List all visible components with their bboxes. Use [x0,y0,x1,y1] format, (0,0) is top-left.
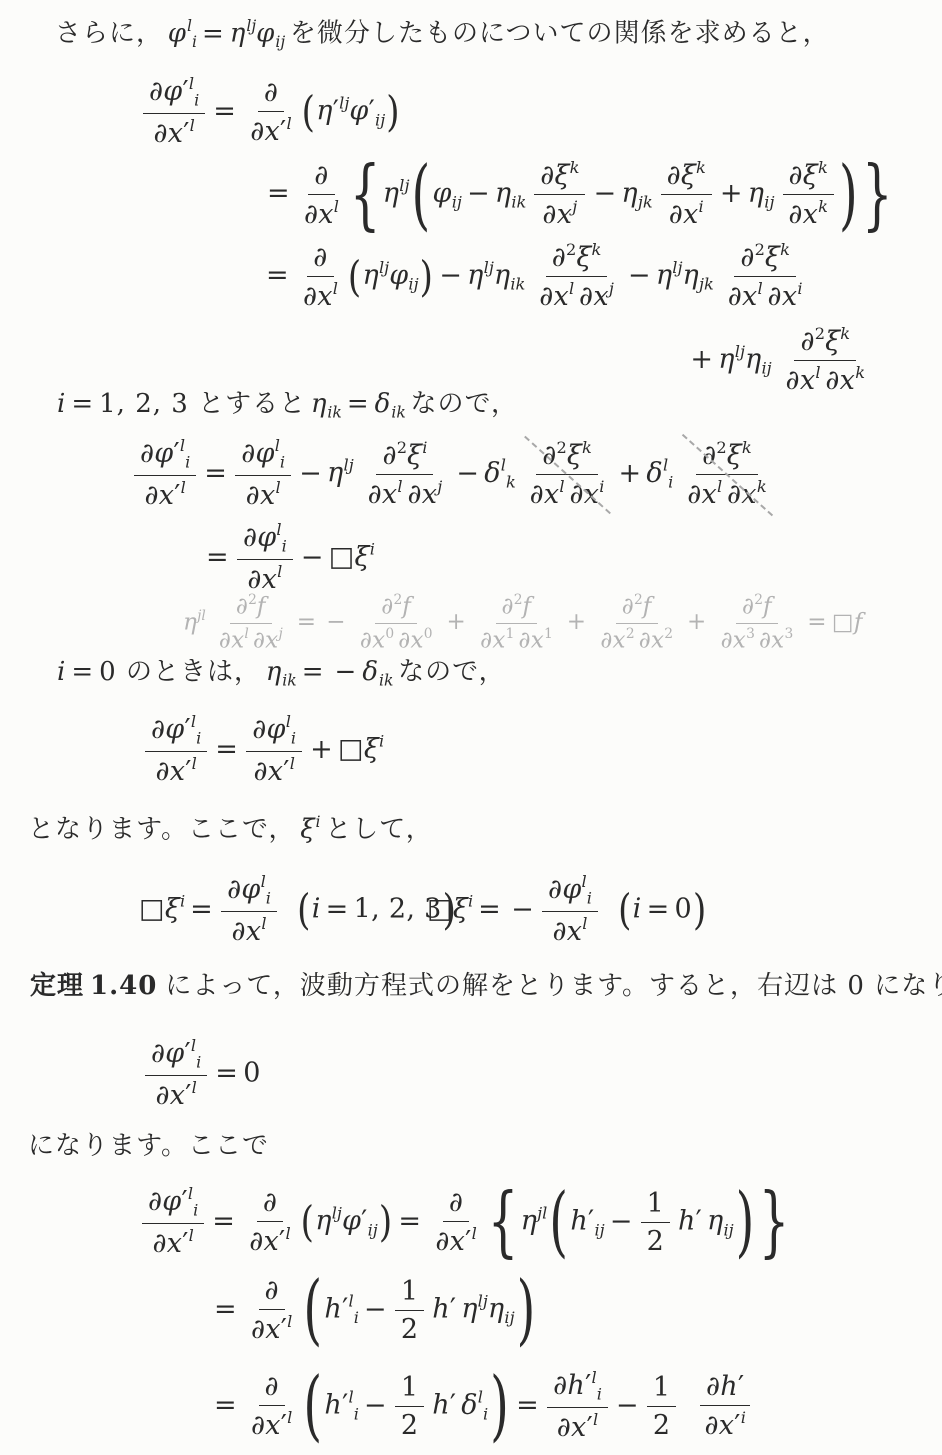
paragraph-theorem: 定理1.40によって，波動方程式の解をとります。すると，右辺は 0 になり， [30,970,942,1004]
equation-2: =∂∂xl{ηlj(φij−ηik∂ξk∂xj−ηjk∂ξk∂xi+ηij∂ξk… [262,158,895,231]
theorem-label: 定理 [30,971,84,1001]
equation-8-left: □ξi=∂φli∂xl(i=1, 2, 3) [139,872,457,948]
theorem-number: 1.40 [90,971,157,1001]
equation-7: ∂φ′li∂x′l=∂φli∂x′l+□ξi [142,712,384,788]
equation-10: ∂φ′li∂x′l=∂∂x′l(ηljφ′ij)=∂∂x′l{ηjl(h′ij−… [139,1184,792,1260]
theorem-sentence: によって，波動方程式の解をとります。すると，右辺は 0 になり， [165,971,942,1001]
textbook-page: { "page": { "background": "#fcfcfa", "te… [0,0,942,1455]
equation-1: ∂φ′li∂x′l=∂∂x′l(η′ljφ′ij) [140,74,401,150]
paragraph-here: になります。ここで [28,1130,269,1164]
paragraph-xi-choice: となります。ここで，ξiとして， [28,812,433,847]
paragraph-case-123: i=1, 2, 3 とするとηik=δikなので， [57,388,518,423]
equation-6: =∂φli∂xl−□ξi [201,520,375,596]
paragraph-intro: さらに，φli=ηljφijを微分したものについての関係を求めると， [55,16,830,52]
equation-3: =∂∂xl(ηljφij)−ηljηik∂2ξk∂xl∂xj−ηljηjk∂2ξ… [261,240,812,313]
equation-11: =∂∂x′l(h′li−12h′ηljηij) [209,1274,538,1346]
equation-3-continued: +ηljηij∂2ξk∂xl∂xk [685,324,874,397]
paragraph-case-0: i=0 のときは，ηik=−δikなので， [57,656,506,691]
equation-5-with-cancellations: ∂φ′li∂x′l=∂φli∂xl−ηlj∂2ξi∂xl∂xj−δlk∂2ξk∂… [131,436,776,512]
equation-12: =∂∂x′l(h′li−12h′δli)=∂h′li∂x′l−12∂h′∂x′i [209,1368,755,1444]
equation-8-right: □ξi=−∂φli∂xl(i=0) [427,872,708,948]
equation-9: ∂φ′li∂x′l=0 [142,1036,261,1112]
equation-dalembertian-note: ηjl∂2f∂xl∂xj=−∂2f∂x0∂x0+∂2f∂x1∂x1+∂2f∂x2… [183,592,863,655]
